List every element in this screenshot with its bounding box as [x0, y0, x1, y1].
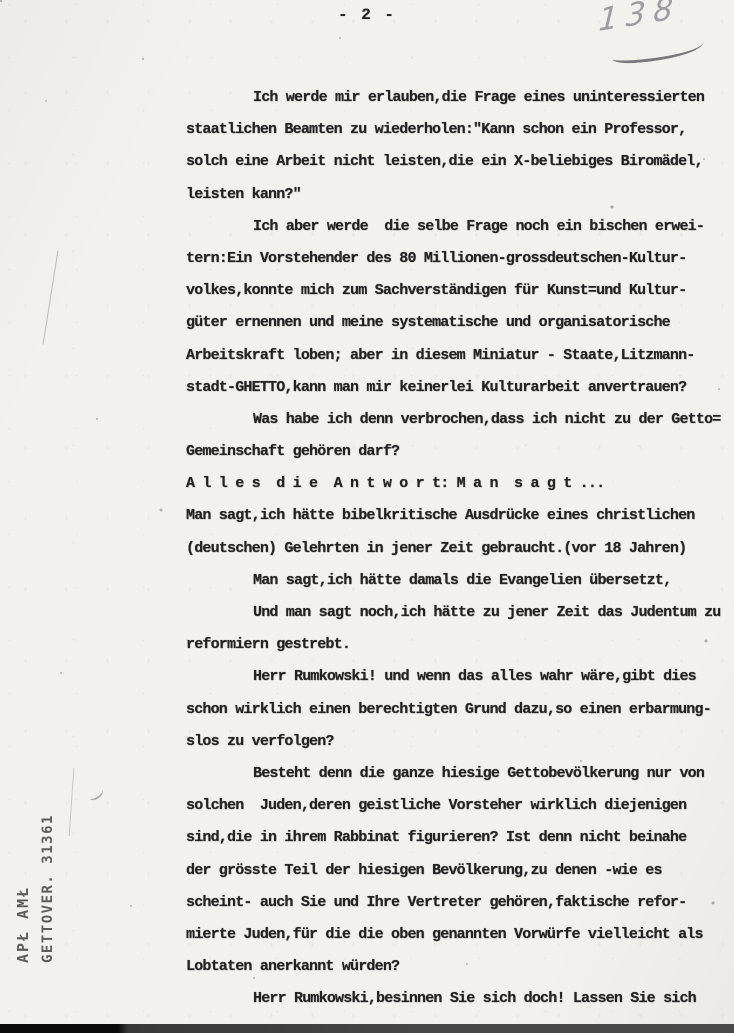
text-line: volkes,konnte mich zum Sachverständigen … [186, 275, 726, 307]
text-line: staatlichen Beamten zu wiederholen:"Kann… [186, 114, 726, 146]
text-line: schon wirklich einen berechtigten Grund … [186, 694, 726, 726]
text-line: der grösste Teil der hiesigen Bevölkerun… [186, 855, 726, 887]
text-line: Herr Rumkowski,besinnen Sie sich doch! L… [186, 983, 726, 1015]
text-line: slos zu verfolgen? [186, 726, 726, 758]
text-line: A l l e s d i e A n t w o r t: M a n s a… [186, 468, 726, 500]
text-line: Herr Rumkowski! und wenn das alles wahr … [186, 661, 726, 693]
archive-stamp-line1: APŁ AMŁ [10, 768, 36, 963]
text-line: Arbeitskraft loben; aber in diesem Minia… [186, 340, 726, 372]
text-line: solch eine Arbeit nicht leisten,die ein … [186, 146, 726, 178]
scan-edge-bar [0, 1024, 734, 1033]
text-line: Was habe ich denn verbrochen,dass ich ni… [186, 404, 726, 436]
text-line: scheint- auch Sie und Ihre Vertreter geh… [186, 887, 726, 919]
text-line: güter ernennen und meine systematische u… [186, 307, 726, 339]
paper-crease-mark [69, 768, 75, 836]
text-line: Lobtaten anerkannt würden? [186, 951, 726, 983]
text-line: reformiern gestrebt. [186, 629, 726, 661]
paper-speckles [0, 0, 2, 2]
document-body: Ich werde mir erlauben,die Frage eines u… [186, 82, 726, 1015]
text-line: Man sagt,ich hätte damals die Evangelien… [186, 565, 726, 597]
pencil-tick-mark [86, 785, 105, 802]
text-line: leisten kann?" [186, 179, 726, 211]
text-line: Besteht denn die ganze hiesige Gettobevö… [186, 758, 726, 790]
text-line: solchen Juden,deren geistliche Vorsteher… [186, 790, 726, 822]
text-line: Man sagt,ich hätte bibelkritische Ausdrü… [186, 500, 726, 532]
text-line: (deutschen) Gelehrten in jener Zeit gebr… [186, 533, 726, 565]
paper-crease-mark [43, 251, 59, 345]
text-line: Gemeinschaft gehören darf? [186, 436, 726, 468]
archive-stamp: APŁ AMŁ GETTOVER. 31361 [10, 768, 64, 963]
text-line: Und man sagt noch,ich hätte zu jener Zei… [186, 597, 726, 629]
handwritten-page-mark: 138 [598, 0, 709, 39]
text-line: Ich aber werde die selbe Frage noch ein … [186, 211, 726, 243]
archive-stamp-line2: GETTOVER. 31361 [36, 768, 60, 963]
text-line: Ich werde mir erlauben,die Frage eines u… [186, 82, 726, 114]
handwritten-underline-stroke [611, 36, 704, 65]
text-line: sind,die in ihrem Rabbinat figurieren? I… [186, 822, 726, 854]
text-line: tern:Ein Vorstehender des 80 Millionen-g… [186, 243, 726, 275]
text-line: stadt-GHETTO,kann man mir keinerlei Kult… [186, 372, 726, 404]
text-line: mierte Juden,für die die oben genannten … [186, 919, 726, 951]
